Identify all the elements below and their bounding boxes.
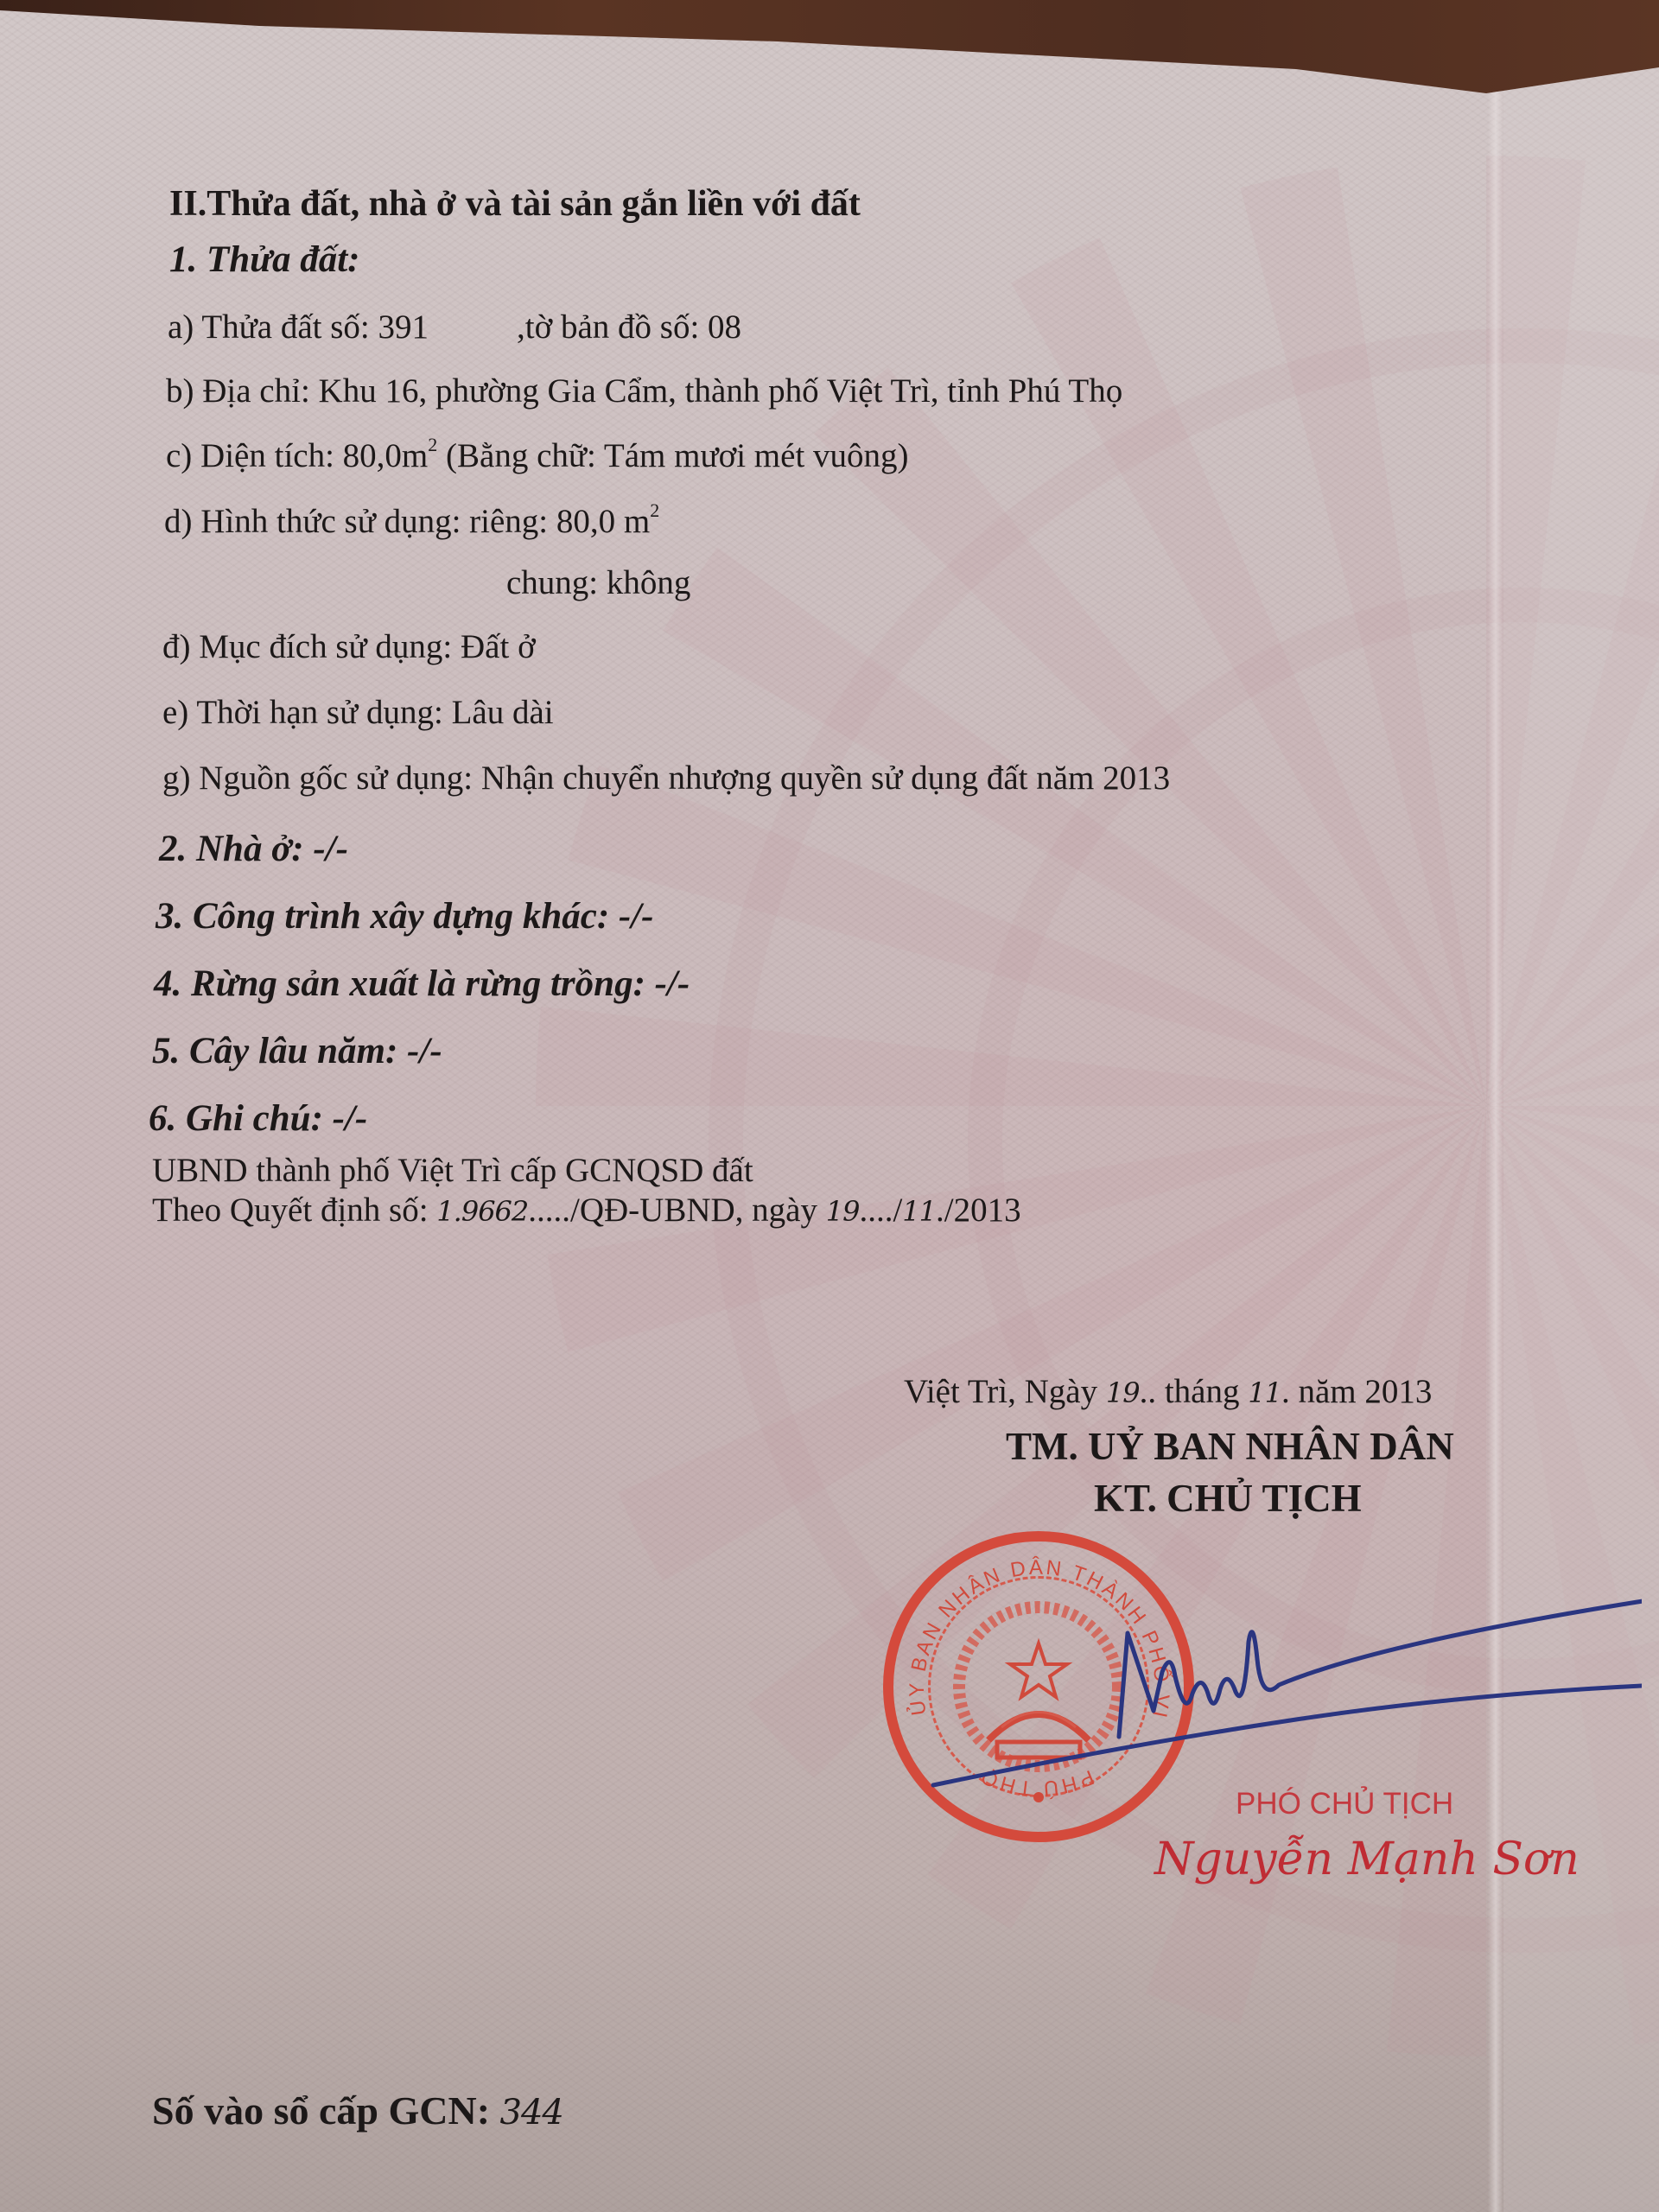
signer-title: PHÓ CHỦ TỊCH [1236,1787,1453,1821]
decision-sep: ..../ [859,1192,902,1229]
decision-day: 19 [826,1195,860,1228]
section-title: II.Thửa đất, nhà ở và tài sản gắn liền v… [169,183,861,225]
section-perennial-trees: 5. Cây lâu năm: -/- [152,1030,442,1072]
decision-suffix: ...../QĐ-UBND, ngày [528,1192,825,1229]
usage-purpose: đ) Mục đích sử dụng: Đất ở [162,627,536,666]
usage-form-shared: chung: không [506,563,690,602]
decision-number: 1.9662 [436,1195,528,1228]
issuance-decision: Theo Quyết định số: 1.9662...../QĐ-UBND,… [152,1191,1021,1230]
plot-heading: 1. Thửa đất: [169,238,359,281]
plot-area: c) Diện tích: 80,0m2 (Bằng chữ: Tám mươi… [166,434,909,475]
decision-month: 11 [902,1195,936,1228]
signing-day: 19 [1106,1376,1140,1409]
plot-area-unit-sup: 2 [428,434,437,455]
registry-value: 344 [500,2093,563,2133]
signing-month: 11 [1248,1376,1281,1409]
usage-origin: g) Nguồn gốc sử dụng: Nhận chuyển nhượng… [162,759,1170,798]
usage-form-unit-sup: 2 [650,499,659,521]
decision-label: Theo Quyết định số: [152,1192,436,1229]
usage-form-private: d) Hình thức sử dụng: riêng: 80,0 m [164,503,650,540]
registry-number: Số vào sổ cấp GCN: 344 [152,2088,563,2133]
section-house: 2. Nhà ở: -/- [159,828,348,870]
section-other-construction: 3. Công trình xây dựng khác: -/- [156,895,653,938]
signing-date: Việt Trì, Ngày 19.. tháng 11. năm 2013 [904,1372,1432,1411]
signing-year: . năm 2013 [1281,1373,1432,1410]
issuing-organization: TM. UỶ BAN NHÂN DÂN [1006,1424,1454,1469]
map-sheet-number: ,tờ bản đồ số: 08 [517,308,741,346]
signer-name: Nguyễn Mạnh Sơn [1154,1834,1580,1885]
signing-place: Việt Trì, Ngày [904,1373,1106,1410]
certificate-content: II.Thửa đất, nhà ở và tài sản gắn liền v… [0,0,1659,2212]
usage-form: d) Hình thức sử dụng: riêng: 80,0 m2 [164,499,659,541]
plot-area-words: (Bằng chữ: Tám mươi mét vuông) [437,437,908,474]
signing-month-label: .. tháng [1140,1373,1249,1410]
usage-term: e) Thời hạn sử dụng: Lâu dài [162,693,554,732]
section-production-forest: 4. Rừng sản xuất là rừng trồng: -/- [154,963,690,1005]
registry-label: Số vào sổ cấp GCN: [152,2088,500,2133]
plot-number: a) Thửa đất số: 391 [168,308,429,346]
decision-year: ./2013 [936,1192,1021,1229]
signer-capacity: KT. CHỦ TỊCH [1094,1476,1362,1521]
issuance-authority: UBND thành phố Việt Trì cấp GCNQSD đất [152,1151,753,1190]
plot-address: b) Địa chỉ: Khu 16, phường Gia Cẩm, thàn… [166,372,1122,410]
section-notes: 6. Ghi chú: -/- [149,1097,367,1140]
plot-area-value: c) Diện tích: 80,0m [166,437,428,474]
